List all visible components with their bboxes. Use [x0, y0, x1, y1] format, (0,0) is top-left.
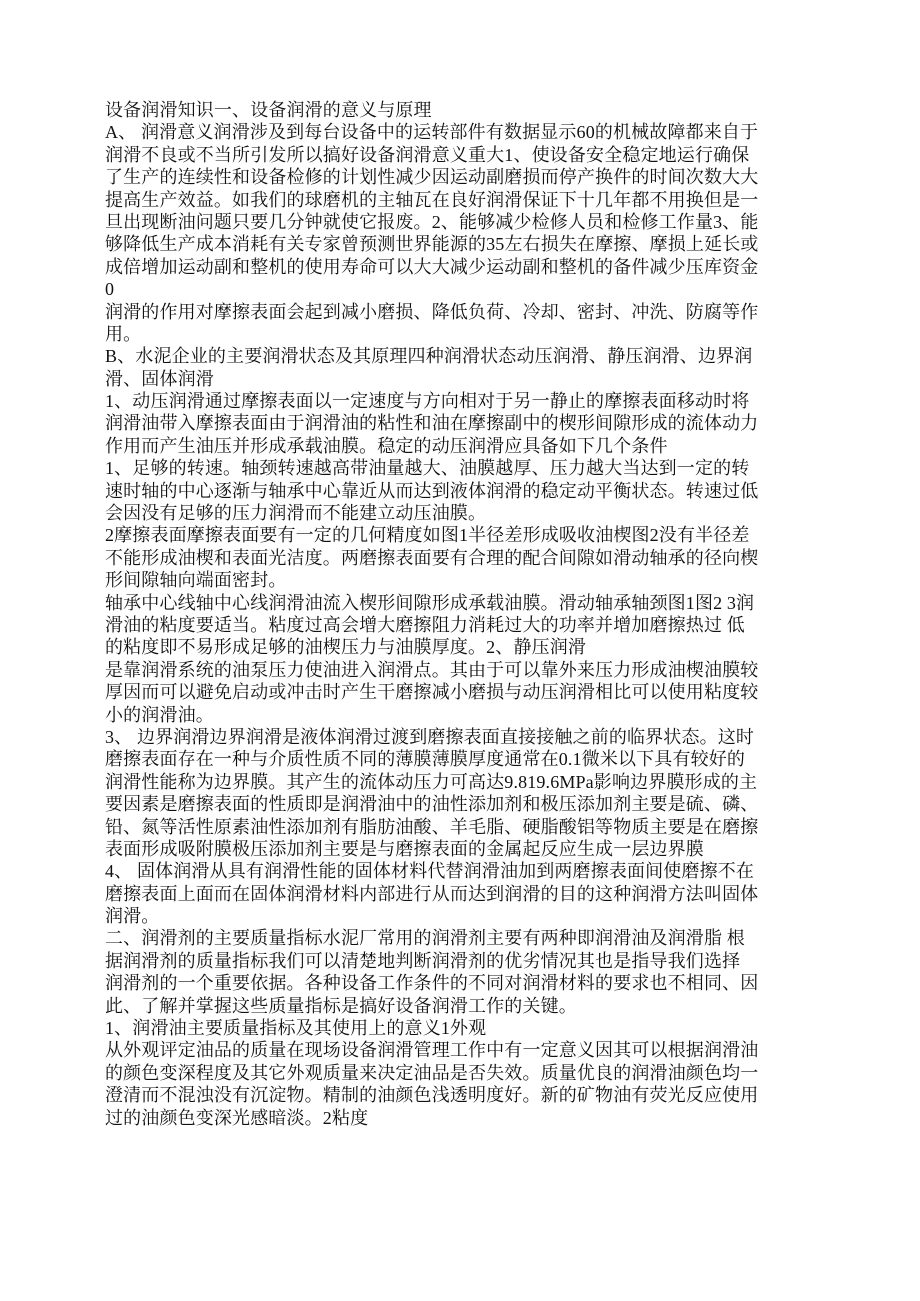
text-line: 润滑剂的一个重要依据。各种设备工作条件的不同对润滑材料的要求也不相同、因	[105, 972, 817, 994]
text-line: 润滑油带入摩擦表面由于润滑油的粘性和油在摩擦副中的楔形间隙形成的流体动力	[105, 412, 817, 434]
text-line: 3、 边界润滑边界润滑是液体润滑过渡到磨擦表面直接接触之前的临界状态。这时	[105, 726, 817, 748]
text-line: 小的润滑油。	[105, 704, 817, 726]
text-line: 表面形成吸附膜极压添加剂主要是与磨擦表面的金属起反应生成一层边界膜	[105, 838, 817, 860]
paragraph-section-b: B、水泥企业的主要润滑状态及其原理四种润滑状态动压润滑、静压润滑、边界润 滑、固…	[105, 345, 817, 390]
text-line: 1、足够的转速。轴颈转速越高带油量越大、油膜越厚、压力越大当达到一定的转	[105, 457, 817, 479]
text-line: 润滑不良或不当所引发所以搞好设备润滑意义重大1、使设备安全稳定地运行确保	[105, 144, 817, 166]
paragraph-hydrostatic: 是靠润滑系统的油泵压力使油进入润滑点。其由于可以靠外来压力形成油楔油膜较 厚因而…	[105, 659, 817, 726]
text-line: 轴承中心线轴中心线润滑油流入楔形间隙形成承载油膜。滑动轴承轴颈图1图2 3润	[105, 592, 817, 614]
text-line: 用。	[105, 323, 817, 345]
text-line: 从外观评定油品的质量在现场设备润滑管理工作中有一定意义因其可以根据润滑油	[105, 1039, 817, 1061]
text-line: 滑、固体润滑	[105, 368, 817, 390]
text-line: 此、了解并掌握这些质量指标是搞好设备润滑工作的关键。	[105, 995, 817, 1017]
text-line: 旦出现断油问题只要几分钟就使它报废。2、能够减少检修人员和检修工作量3、能	[105, 211, 817, 233]
document-title: 设备润滑知识一、设备润滑的意义与原理	[105, 99, 817, 121]
text-line: 了生产的连续性和设备检修的计划性减少因运动副磨损而停产换件的时间次数大大	[105, 166, 817, 188]
text-line: 润滑性能称为边界膜。其产生的流体动压力可高达9.819.6MPa影响边界膜形成的…	[105, 771, 817, 793]
paragraph-solid: 4、 固体润滑从具有润滑性能的固体材料代替润滑油加到两磨擦表面间使磨擦不在 磨擦…	[105, 860, 817, 927]
text-line: 速时轴的中心逐渐与轴承中心靠近从而达到液体润滑的稳定动平衡状态。转速过低	[105, 480, 817, 502]
text-line: 0	[105, 278, 817, 300]
text-line: 磨擦表面存在一种与介质性质不同的薄膜薄膜厚度通常在0.1微米以下具有较好的	[105, 748, 817, 770]
paragraph-boundary: 3、 边界润滑边界润滑是液体润滑过渡到磨擦表面直接接触之前的临界状态。这时 磨擦…	[105, 726, 817, 860]
paragraph-lubrication-functions: 润滑的作用对摩擦表面会起到减小磨损、降低负荷、冷却、密封、冲洗、防腐等作 用。	[105, 301, 817, 346]
text-line: 润滑的作用对摩擦表面会起到减小磨损、降低负荷、冷却、密封、冲洗、防腐等作	[105, 301, 817, 323]
text-line: 滑油的粘度要适当。粘度过高会增大磨擦阻力消耗过大的功率并增加磨擦热过 低	[105, 614, 817, 636]
text-line: 提高生产效益。如我们的球磨机的主轴瓦在良好润滑保证下十几年都不用换但是一	[105, 189, 817, 211]
text-line: 4、 固体润滑从具有润滑性能的固体材料代替润滑油加到两磨擦表面间使磨擦不在	[105, 860, 817, 882]
text-line: 铅、氮等活性原素油性添加剂有脂肪油酸、羊毛脂、硬脂酸铝等物质主要是在磨擦	[105, 816, 817, 838]
text-line: 润滑。	[105, 905, 817, 927]
text-line: 的粘度即不易形成足够的油楔压力与油膜厚度。2、静压润滑	[105, 636, 817, 658]
paragraph-appearance: 从外观评定油品的质量在现场设备润滑管理工作中有一定意义因其可以根据润滑油 的颜色…	[105, 1039, 817, 1129]
text-line: 的颜色变深程度及其它外观质量来决定油品是否失效。质量优良的润滑油颜色均一	[105, 1062, 817, 1084]
text-line: 二、润滑剂的主要质量指标水泥厂常用的润滑剂主要有两种即润滑油及润滑脂 根	[105, 927, 817, 949]
text-line: 形间隙轴向端面密封。	[105, 569, 817, 591]
text-line: 设备润滑知识一、设备润滑的意义与原理	[105, 99, 817, 121]
text-line: A、 润滑意义润滑涉及到每台设备中的运转部件有数据显示60的机械故障都来自于	[105, 121, 817, 143]
text-line: 磨擦表面上面而在固体润滑材料内部进行从而达到润滑的目的这种润滑方法叫固体	[105, 883, 817, 905]
document-page: 设备润滑知识一、设备润滑的意义与原理 A、 润滑意义润滑涉及到每台设备中的运转部…	[105, 99, 817, 1129]
paragraph-hydrodynamic: 1、动压润滑通过摩擦表面以一定速度与方向相对于另一静止的摩擦表面移动时将 润滑油…	[105, 390, 817, 457]
paragraph-section-a: A、 润滑意义润滑涉及到每台设备中的运转部件有数据显示60的机械故障都来自于 润…	[105, 121, 817, 300]
text-line: 厚因而可以避免启动或冲击时产生干磨擦减小磨损与动压润滑相比可以使用粘度较	[105, 681, 817, 703]
paragraph-condition-2: 2摩擦表面摩擦表面要有一定的几何精度如图1半径差形成吸收油楔图2没有半径差 不能…	[105, 524, 817, 591]
text-line: 作用而产生油压并形成承载油膜。稳定的动压润滑应具备如下几个条件	[105, 435, 817, 457]
paragraph-oil-indicators: 1、润滑油主要质量指标及其使用上的意义1外观	[105, 1017, 817, 1039]
text-line: 够降低生产成本消耗有关专家曾预测世界能源的35左右损失在摩擦、摩损上延长或	[105, 233, 817, 255]
text-line: 是靠润滑系统的油泵压力使油进入润滑点。其由于可以靠外来压力形成油楔油膜较	[105, 659, 817, 681]
paragraph-condition-1: 1、足够的转速。轴颈转速越高带油量越大、油膜越厚、压力越大当达到一定的转 速时轴…	[105, 457, 817, 524]
text-line: 澄清而不混浊没有沉淀物。精制的油颜色浅透明度好。新的矿物油有荧光反应使用	[105, 1084, 817, 1106]
text-line: 不能形成油楔和表面光洁度。两磨擦表面要有合理的配合间隙如滑动轴承的径向楔	[105, 547, 817, 569]
paragraph-section-2: 二、润滑剂的主要质量指标水泥厂常用的润滑剂主要有两种即润滑油及润滑脂 根 据润滑…	[105, 927, 817, 1017]
text-line: 1、动压润滑通过摩擦表面以一定速度与方向相对于另一静止的摩擦表面移动时将	[105, 390, 817, 412]
text-line: 1、润滑油主要质量指标及其使用上的意义1外观	[105, 1017, 817, 1039]
text-line: 成倍增加运动副和整机的使用寿命可以大大减少运动副和整机的备件减少压库资金	[105, 256, 817, 278]
text-line: 2摩擦表面摩擦表面要有一定的几何精度如图1半径差形成吸收油楔图2没有半径差	[105, 524, 817, 546]
text-line: B、水泥企业的主要润滑状态及其原理四种润滑状态动压润滑、静压润滑、边界润	[105, 345, 817, 367]
paragraph-condition-3: 轴承中心线轴中心线润滑油流入楔形间隙形成承载油膜。滑动轴承轴颈图1图2 3润 滑…	[105, 592, 817, 659]
text-line: 会因没有足够的压力润滑而不能建立动压油膜。	[105, 502, 817, 524]
text-line: 过的油颜色变深光感暗淡。2粘度	[105, 1107, 817, 1129]
text-line: 据润滑剂的质量指标我们可以清楚地判断润滑剂的优劣情况其也是指导我们选择	[105, 950, 817, 972]
text-line: 要因素是磨擦表面的性质即是润滑油中的油性添加剂和极压添加剂主要是硫、磷、	[105, 793, 817, 815]
